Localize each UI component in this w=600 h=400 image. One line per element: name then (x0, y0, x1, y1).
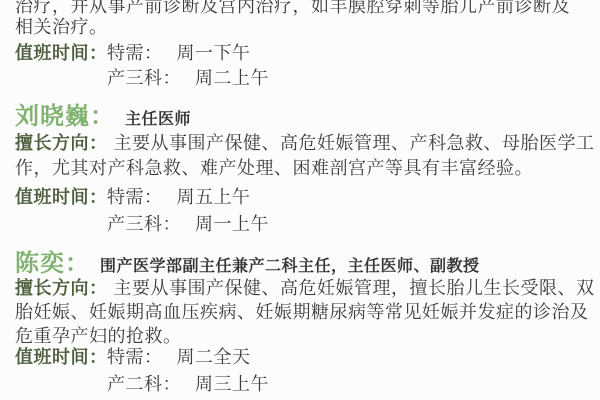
specialty-line: 相关治疗。 (15, 17, 593, 38)
duty-time: 周二全天 (177, 344, 251, 371)
duty-time: 周二上午 (195, 66, 269, 91)
doctor-name: 陈奕： (15, 243, 90, 278)
specialty-text: 主要从事围产保健、高危妊娠管理、产科急救、母胎医学工 (114, 133, 595, 153)
duty-time: 周五上午 (177, 184, 251, 211)
continued-specialty-paragraph: 治疗，并从事产前诊断及宫内治疗，如羊膜腔穿刺等胎儿产前诊断及 相关治疗。 (15, 0, 593, 38)
duty-label-spacer (15, 371, 107, 398)
duty-time-label: 值班时间： (15, 344, 107, 371)
specialty-paragraph: 擅长方向：主要从事围产保健、高危妊娠管理、产科急救、母胎医学工 作，尤其对产科急… (15, 131, 593, 181)
doctor-title: 主任医师 (125, 106, 191, 129)
duty-label-spacer (15, 211, 107, 238)
specialty-line: 作，尤其对产科急救、难产处理、困难剖宫产等具有丰富经验。 (15, 156, 593, 181)
specialty-paragraph: 擅长方向：主要从事围产保健、高危妊娠管理，擅长胎儿生长受限、双 胎妊娠、妊娠期高… (15, 276, 593, 348)
clinic-name: 产三科： (107, 66, 181, 91)
duty-schedule: 值班时间： 特需： 周一下午 产三科： 周二上午 (15, 41, 593, 91)
doctor-directory-page: 治疗，并从事产前诊断及宫内治疗，如羊膜腔穿刺等胎儿产前诊断及 相关治疗。 值班时… (0, 0, 600, 400)
specialty-line: 擅长方向：主要从事围产保健、高危妊娠管理、产科急救、母胎医学工 (15, 131, 593, 156)
duty-row: 产三科： 周一上午 (15, 211, 593, 238)
doctor-entry-header: 刘晓巍： 主任医师 (15, 96, 593, 131)
clinic-name: 产三科： (107, 211, 181, 238)
duty-row: 值班时间： 特需： 周五上午 (15, 184, 593, 211)
duty-time: 周一上午 (195, 211, 269, 238)
duty-label-spacer (15, 66, 107, 91)
duty-time-label: 值班时间： (15, 41, 107, 66)
specialty-line: 擅长方向：主要从事围产保健、高危妊娠管理，擅长胎儿生长受限、双 (15, 276, 593, 300)
doctor-title: 围产医学部副主任兼产二科主任，主任医师、副教授 (100, 253, 480, 276)
specialty-label: 擅长方向： (15, 278, 108, 298)
duty-time-label: 值班时间： (15, 184, 107, 211)
duty-time: 周三上午 (195, 371, 269, 398)
duty-row: 产三科： 周二上午 (15, 66, 593, 91)
specialty-line: 治疗，并从事产前诊断及宫内治疗，如羊膜腔穿刺等胎儿产前诊断及 (15, 0, 593, 17)
clinic-name: 特需： (107, 41, 163, 66)
doctor-entry-header: 陈奕： 围产医学部副主任兼产二科主任，主任医师、副教授 (15, 243, 593, 278)
duty-schedule: 值班时间： 特需： 周二全天 产二科： 周三上午 (15, 344, 593, 398)
doctor-name: 刘晓巍： (15, 96, 115, 131)
duty-row: 产二科： 周三上午 (15, 371, 593, 398)
specialty-text: 主要从事围产保健、高危妊娠管理，擅长胎儿生长受限、双 (114, 278, 595, 298)
duty-row: 值班时间： 特需： 周二全天 (15, 344, 593, 371)
clinic-name: 产二科： (107, 371, 181, 398)
specialty-line: 胎妊娠、妊娠期高血压疾病、妊娠期糖尿病等常见妊娠并发症的诊治及 (15, 300, 593, 324)
clinic-name: 特需： (107, 184, 163, 211)
clinic-name: 特需： (107, 344, 163, 371)
specialty-label: 擅长方向： (15, 133, 108, 153)
duty-row: 值班时间： 特需： 周一下午 (15, 41, 593, 66)
duty-time: 周一下午 (177, 41, 251, 66)
duty-schedule: 值班时间： 特需： 周五上午 产三科： 周一上午 (15, 184, 593, 238)
